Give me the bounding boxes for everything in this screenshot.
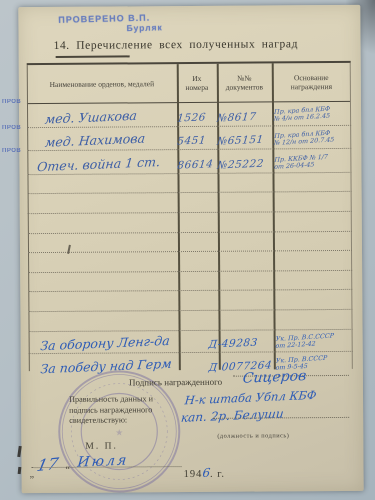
- awardee-signature: Сицеров: [242, 368, 307, 387]
- paper-card: ПРОВЕРЕНО В.П. Бурляк 14. Перечисление в…: [18, 5, 363, 493]
- verification-stamp: ПРОВЕРЕНО В.П. Бурляк: [58, 12, 163, 35]
- table-row: мед. Ушакова 1526 №8617 Пр. кра бпл КБФ№…: [27, 102, 351, 128]
- date-year: 1946. г.: [184, 466, 225, 480]
- empty-table-row: [27, 173, 351, 195]
- empty-table-row: [28, 290, 352, 312]
- award-number: 1526: [176, 111, 206, 124]
- margin-stamp: ПРОВ: [2, 99, 30, 105]
- empty-table-row: [28, 251, 352, 273]
- award-number: 86614: [177, 158, 214, 172]
- scanned-award-record-card: ПРОВЕРЕНО В.П. Бурляк 14. Перечисление в…: [0, 0, 375, 500]
- header-basis: Основание награждения: [272, 73, 351, 92]
- date-year-handwritten: 6: [202, 466, 211, 480]
- award-basis: Пр. ККБФ № 1/7от 26-04-45: [274, 153, 328, 171]
- award-number: 5451: [177, 135, 207, 148]
- seal-place-label: М. П.: [85, 442, 118, 452]
- date-month: Июля: [77, 453, 130, 471]
- header-number: Их номера: [177, 74, 217, 92]
- empty-table-row: [28, 310, 352, 332]
- document-number: №8617: [216, 110, 257, 124]
- award-name: мед. Ушакова: [44, 108, 137, 125]
- title-underline: [56, 55, 130, 58]
- awards-table: Наименование орденов, медалей Их номера …: [27, 61, 353, 371]
- date-quote-open: „: [30, 469, 35, 480]
- table-row: За оборону Ленг-да Д-49283 Ук. Пр. В.С.С…: [29, 329, 353, 354]
- award-name: За оборону Ленг-да: [40, 334, 171, 352]
- award-basis: Пр. кра бпл КБФ№ 12/н от 20.7.45: [274, 129, 335, 147]
- margin-stamp: ПРОВ: [2, 148, 30, 154]
- position-hint: (должность и подпись): [217, 432, 289, 440]
- sign-label: Подпись награжденного: [129, 377, 222, 388]
- award-name: мед. Нахимова: [44, 132, 145, 149]
- table-row: Отеч. война 1 ст. 86614 №25222 Пр. ККБФ …: [27, 149, 351, 175]
- certify-label: Правильность данных и подпись награжденн…: [69, 394, 183, 426]
- svg-text:★: ★: [115, 427, 123, 437]
- award-name: Отеч. война 1 ст.: [37, 155, 161, 173]
- empty-table-row: [28, 231, 352, 253]
- table-header-row: Наименование орденов, медалей Их номера …: [27, 63, 351, 104]
- empty-table-row: [28, 212, 352, 234]
- document-number: №25222: [217, 157, 265, 171]
- document-number: №65151: [217, 134, 265, 148]
- document-number: Д-49283: [208, 337, 258, 351]
- table-row: мед. Нахимова 5451 №65151 Пр. кра бпл КБ…: [27, 125, 351, 151]
- section-title: 14. Перечисление всех полученных наград: [54, 38, 299, 52]
- certifier-position-line2: кап. 2р. Белуши: [180, 407, 284, 425]
- award-basis: Пр. кра бпл КБФ№ 4/н от 16.2.45: [274, 106, 331, 124]
- header-doc: №№ документов: [217, 73, 272, 91]
- header-name: Наименование орденов, медалей: [27, 79, 177, 89]
- empty-table-row: [28, 271, 352, 293]
- certifier-position-line1: Н-к штаба Убпл КБФ: [184, 388, 317, 408]
- award-basis: Ук. Пр. В.С.СССРот 22-12-42: [275, 332, 334, 350]
- verification-stamp-line2: Бурляк: [126, 22, 162, 33]
- empty-table-row: [28, 192, 352, 214]
- margin-stamp: ПРОВ: [2, 125, 30, 131]
